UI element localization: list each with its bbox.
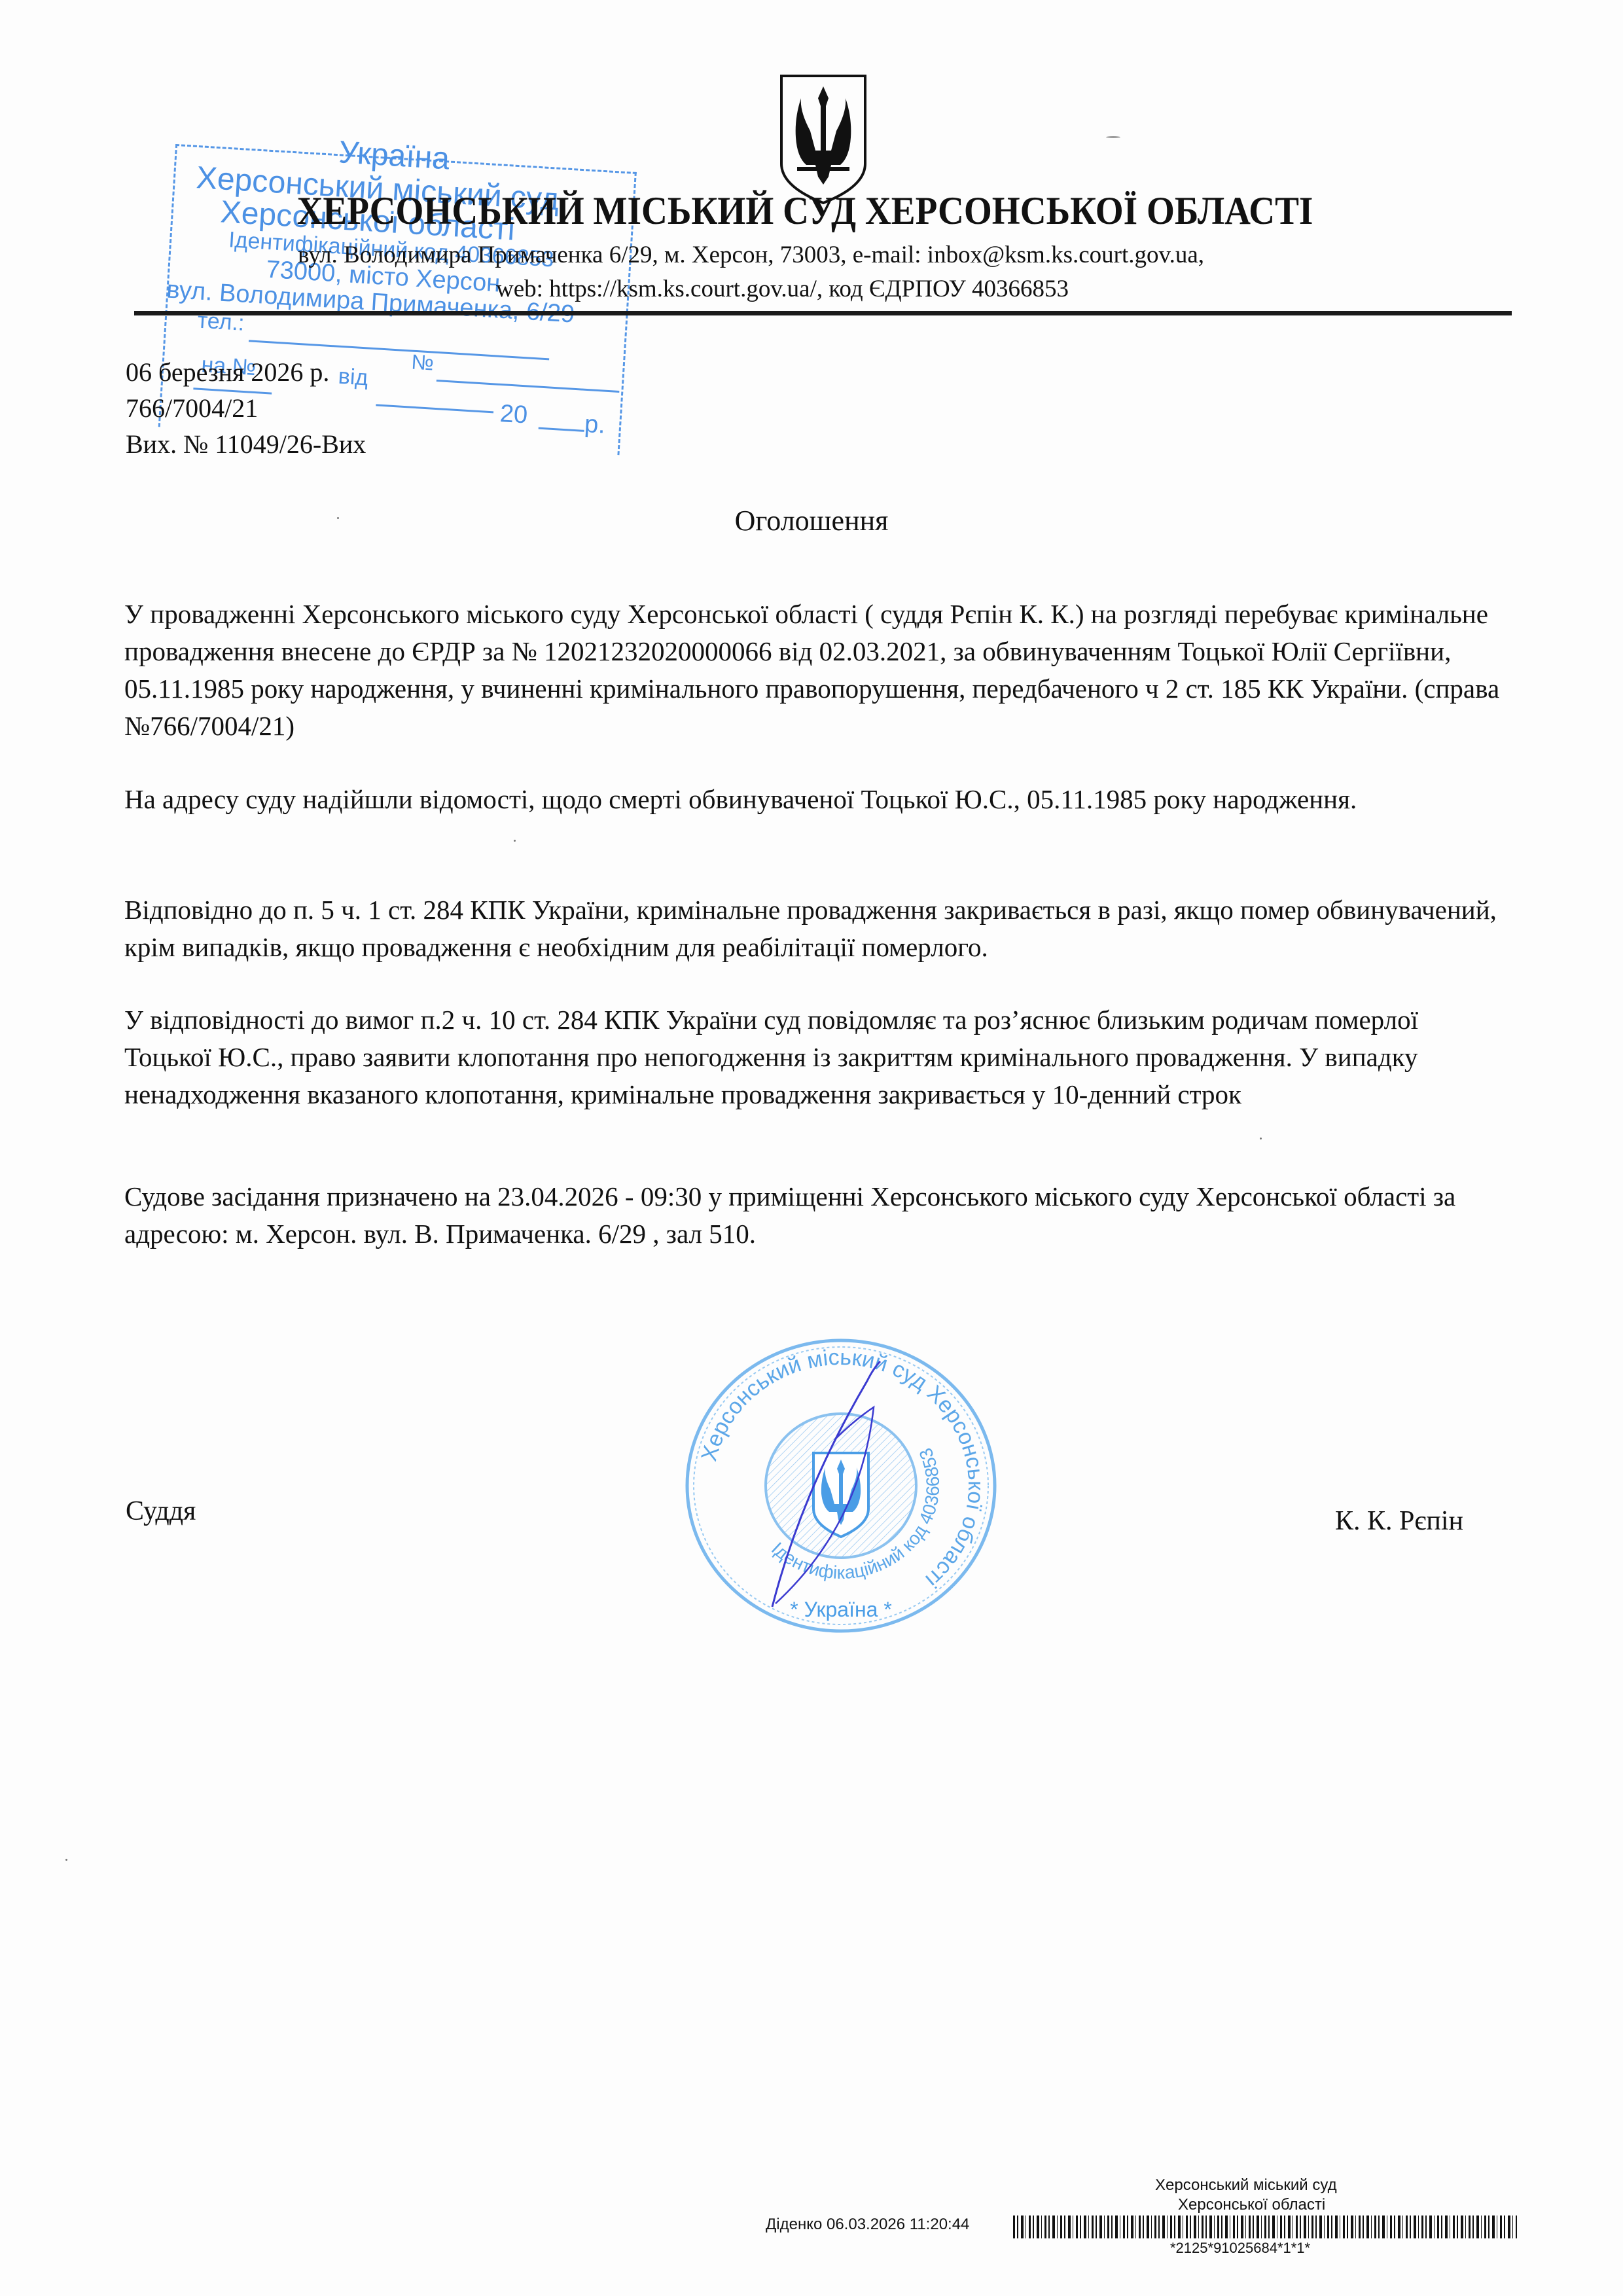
barcode-text: *2125*91025684*1*1* bbox=[1170, 2240, 1310, 2257]
seal-bottom-text: * Україна * bbox=[790, 1598, 892, 1621]
document-page: Україна Херсонський міський суд Херсонсь… bbox=[0, 0, 1623, 2296]
court-address-line: вул. Володимира Примаченка 6/29, м. Херс… bbox=[298, 241, 1204, 269]
outgoing-number: Вих. № 11049/26-Вих bbox=[126, 429, 366, 459]
clerk-timestamp: Діденко 06.03.2026 11:20:44 bbox=[766, 2215, 969, 2234]
trident-coat-of-arms-icon bbox=[813, 1453, 868, 1537]
stamp-line: р. bbox=[584, 410, 606, 440]
stamp-line: від bbox=[338, 364, 369, 391]
footer-org-line: Херсонський міський суд bbox=[1155, 2176, 1337, 2195]
court-web-line: web: https://ksm.ks.court.gov.ua/, код Є… bbox=[496, 275, 1069, 303]
court-seal: Херсонський міський суд Херсонської обла… bbox=[677, 1329, 1005, 1643]
paragraph: Судове засідання призначено на 23.04.202… bbox=[124, 1178, 1505, 1253]
document-title: Оголошення bbox=[0, 504, 1623, 537]
signature-name: К. К. Рєпін bbox=[1335, 1505, 1463, 1537]
paragraph: На адресу суду надійшли відомості, щодо … bbox=[124, 781, 1505, 818]
outgoing-date: 06 березня 2026 р. bbox=[126, 357, 329, 387]
paragraph: Відповідно до п. 5 ч. 1 ст. 284 КПК Укра… bbox=[124, 891, 1505, 966]
trident-coat-of-arms-icon bbox=[777, 72, 869, 206]
footer-org-line: Херсонської області bbox=[1178, 2196, 1325, 2214]
signature-role: Суддя bbox=[126, 1496, 196, 1527]
scan-speck bbox=[1106, 136, 1120, 138]
scan-speck bbox=[337, 517, 339, 519]
paragraph: У відповідності до вимог п.2 ч. 10 ст. 2… bbox=[124, 1001, 1505, 1113]
paragraph: У провадженні Херсонського міського суду… bbox=[124, 596, 1505, 745]
court-name-heading: ХЕРСОНСЬКИЙ МІСЬКИЙ СУД ХЕРСОНСЬКОЇ ОБЛА… bbox=[287, 188, 1323, 234]
scan-speck bbox=[514, 840, 516, 842]
stamp-line: 20 bbox=[499, 400, 529, 430]
barcode-icon bbox=[1013, 2215, 1517, 2238]
scan-speck bbox=[1260, 1138, 1262, 1139]
header-divider bbox=[134, 311, 1512, 315]
scan-speck bbox=[65, 1859, 67, 1861]
stamp-line: № bbox=[410, 350, 435, 376]
case-number: 766/7004/21 bbox=[126, 393, 258, 423]
